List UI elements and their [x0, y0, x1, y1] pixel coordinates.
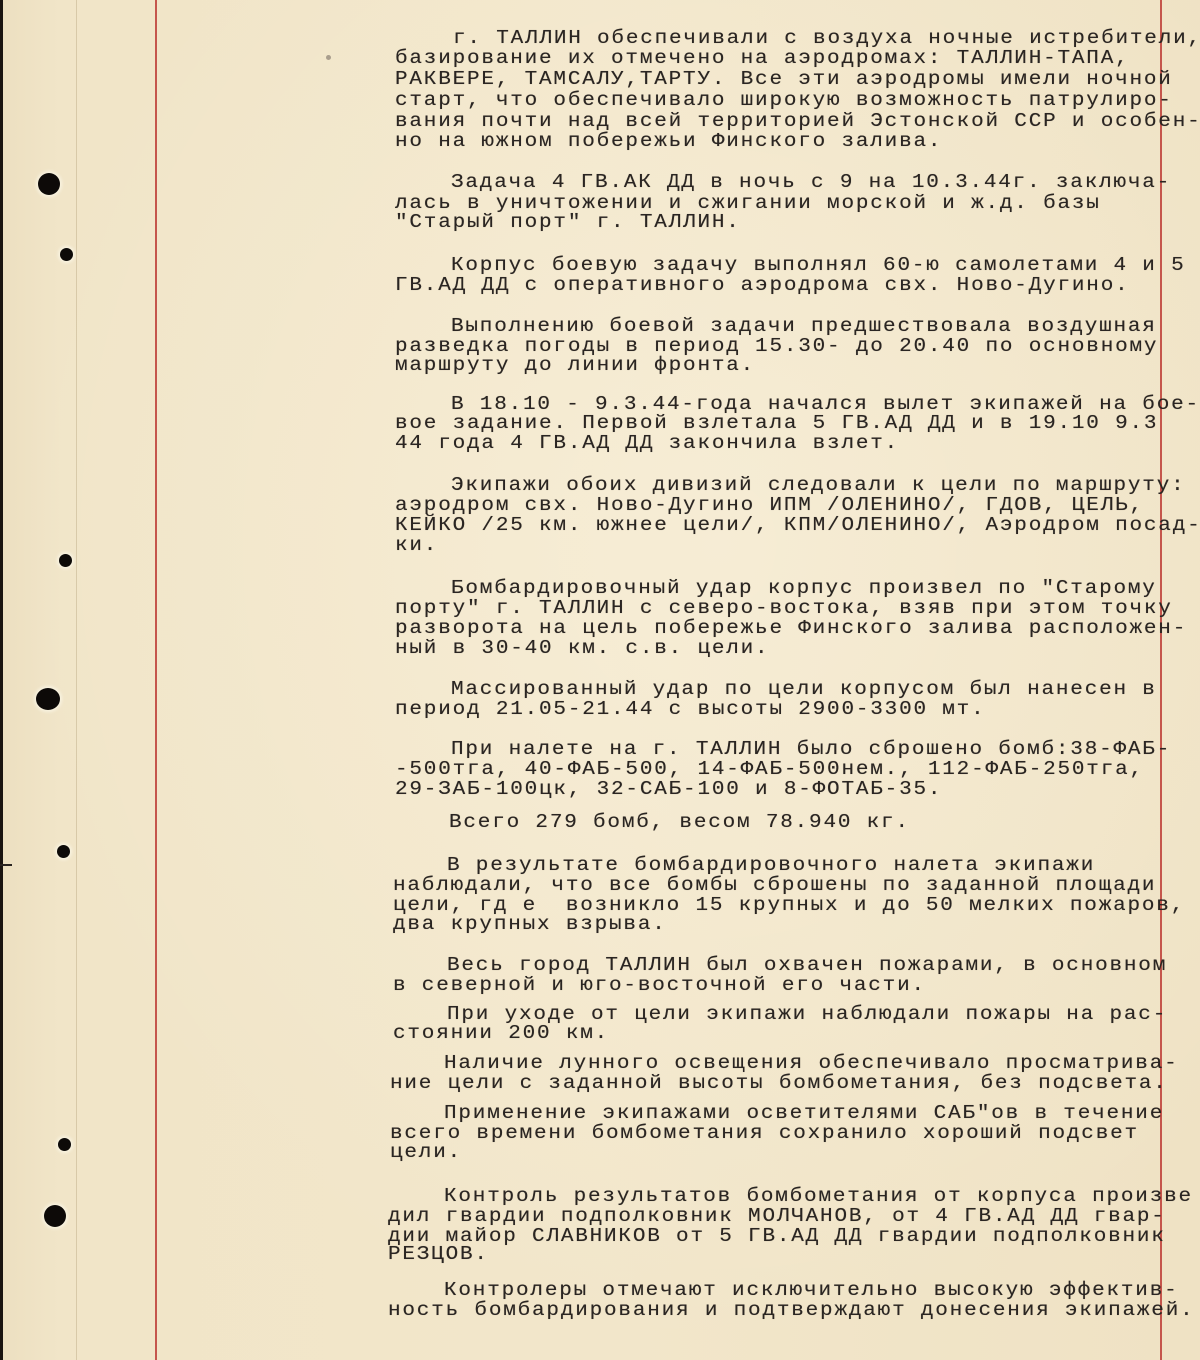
- text-line: При налете на г. ТАЛЛИН было сброшено бо…: [451, 741, 1171, 759]
- text-line: базирование их отмечено на аэродромах: Т…: [395, 50, 1130, 68]
- text-line: ность бомбардирования и подтверждают дон…: [388, 1302, 1195, 1320]
- text-line: ГВ.АД ДД с оперативного аэродрома свх. Н…: [395, 277, 1130, 295]
- text-line: порту" г. ТАЛЛИН с северо-востока, взяв …: [395, 600, 1173, 618]
- text-line: При уходе от цели экипажи наблюдали пожа…: [447, 1006, 1167, 1024]
- scan-mark: [0, 864, 12, 866]
- text-line: период 21.05-21.44 с высоты 2900-3300 мт…: [395, 701, 985, 719]
- text-line: разведка погоды в период 15.30- до 20.40…: [395, 338, 1158, 356]
- text-line: в северной и юго-восточной его части.: [393, 977, 926, 995]
- text-line: вания почти над всей территорией Эстонск…: [395, 113, 1200, 131]
- text-line: Корпус боевую задачу выполнял 60-ю самол…: [451, 257, 1186, 275]
- text-line: РАКВЕРЕ, ТАМСАЛУ,ТАРТУ. Все эти аэродром…: [395, 71, 1173, 89]
- text-line: ки.: [395, 537, 438, 555]
- text-line: всего времени бомбометания сохранило хор…: [390, 1125, 1139, 1143]
- text-line: Выполнению боевой задачи предшествовала …: [451, 318, 1157, 336]
- text-line: маршруту до линии фронта.: [395, 357, 755, 375]
- text-line: дил гвардии подполковник МОЛЧАНОВ, от 4 …: [388, 1208, 1166, 1226]
- text-line: вое задание. Первой взлетала 5 ГВ.АД ДД …: [395, 415, 1158, 433]
- scan-mark: [326, 55, 331, 60]
- text-line: лась в уничтожении и сжигании морской и …: [395, 195, 1101, 213]
- text-line: Применение экипажами осветителями САБ"ов…: [444, 1105, 1164, 1123]
- text-line: дии майор СЛАВНИКОВ от 5 ГВ.АД ДД гварди…: [388, 1228, 1166, 1246]
- text-line: Задача 4 ГВ.АК ДД в ночь с 9 на 10.3.44г…: [451, 174, 1171, 192]
- text-line: РЕЗЦОВ.: [388, 1246, 489, 1264]
- text-line: ние цели с заданной высоты бомбометания,…: [390, 1075, 1168, 1093]
- text-line: Весь город ТАЛЛИН был охвачен пожарами, …: [447, 957, 1167, 975]
- text-line: Контроль результатов бомбометания от кор…: [444, 1188, 1193, 1206]
- text-line: старт, что обеспечивало широкую возможно…: [395, 92, 1173, 110]
- text-line: Экипажи обоих дивизий следовали к цели п…: [451, 477, 1186, 495]
- text-line: Наличие лунного освещения обеспечивало п…: [444, 1055, 1179, 1073]
- text-line: но на южном побережьи Финского залива.: [395, 133, 942, 151]
- document-page: г. ТАЛЛИН обеспечивали с воздуха ночные …: [0, 0, 1200, 1360]
- text-line: 29-ЗАБ-100цк, 32-САБ-100 и 8-ФОТАБ-35.: [395, 781, 942, 799]
- punch-hole-icon: [59, 554, 72, 567]
- text-line: ный в 30-40 км. с.в. цели.: [395, 640, 769, 658]
- text-line: аэродром свх. Ново-Дугино ИПМ /ОЛЕНИНО/,…: [395, 497, 1144, 515]
- text-line: "Старый порт" г. ТАЛЛИН.: [395, 214, 741, 232]
- right-margin-line: [1160, 0, 1162, 1360]
- fold-line: [76, 0, 77, 1360]
- punch-hole-icon: [57, 845, 70, 858]
- text-line: г. ТАЛЛИН обеспечивали с воздуха ночные …: [453, 30, 1200, 48]
- punch-hole-icon: [58, 1138, 71, 1151]
- text-line: разворота на цель побережье Финского зал…: [395, 620, 1187, 638]
- text-line: В результате бомбардировочного налета эк…: [447, 857, 1095, 875]
- punch-hole-icon: [60, 248, 73, 261]
- punch-hole-icon: [36, 688, 60, 710]
- text-line: Бомбардировочный удар корпус произвел по…: [451, 580, 1157, 598]
- scan-edge: [0, 0, 3, 1360]
- text-line: два крупных взрыва.: [393, 916, 667, 934]
- text-line: 44 года 4 ГВ.АД ДД закончила взлет.: [395, 435, 899, 453]
- left-margin-line: [155, 0, 157, 1360]
- text-line: Массированный удар по цели корпусом был …: [451, 681, 1157, 699]
- text-line: Контролеры отмечают исключительно высоку…: [444, 1282, 1179, 1300]
- punch-hole-icon: [38, 173, 60, 195]
- text-line: -500тга, 40-ФАБ-500, 14-ФАБ-500нем., 112…: [395, 761, 1144, 779]
- punch-hole-icon: [44, 1205, 66, 1227]
- text-line: цели, гд е возникло 15 крупных и до 50 м…: [393, 897, 1185, 915]
- text-line: В 18.10 - 9.3.44-года начался вылет экип…: [451, 396, 1200, 414]
- text-line: цели.: [390, 1144, 462, 1162]
- text-line: стоянии 200 км.: [393, 1025, 609, 1043]
- text-line: КЕЙКО /25 км. южнее цели/, КПМ/ОЛЕНИНО/,…: [395, 517, 1200, 535]
- text-line: Всего 279 бомб, весом 78.940 кг.: [449, 814, 910, 832]
- text-line: наблюдали, что все бомбы сброшены по зад…: [393, 877, 1156, 895]
